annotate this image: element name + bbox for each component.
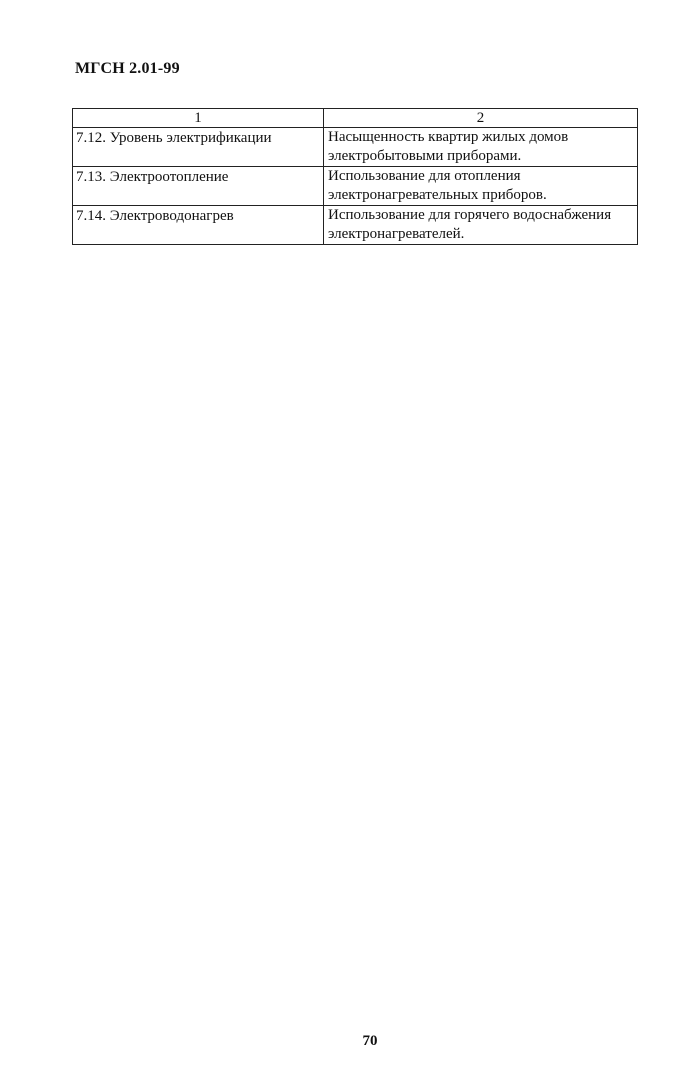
- term-cell: 7.12. Уровень электрификации: [73, 128, 324, 167]
- table-row: 7.14. Электроводонагрев Использование дл…: [73, 206, 638, 245]
- term-cell: 7.13. Электроотопление: [73, 167, 324, 206]
- term-cell: 7.14. Электроводонагрев: [73, 206, 324, 245]
- definition-cell: Использование для горячего водоснабжения…: [324, 206, 638, 245]
- definition-cell: Насыщенность квартир жилых домов электро…: [324, 128, 638, 167]
- table-row: 7.13. Электроотопление Использование для…: [73, 167, 638, 206]
- page-number: 70: [0, 1033, 700, 1050]
- document-code: МГСН 2.01-99: [75, 60, 180, 78]
- table-header-row: 1 2: [73, 109, 638, 128]
- column-header-1: 1: [73, 109, 324, 128]
- terms-table: 1 2 7.12. Уровень электрификации Насыщен…: [72, 108, 638, 245]
- definition-cell: Использование для отопления электронагре…: [324, 167, 638, 206]
- table-row: 7.12. Уровень электрификации Насыщенност…: [73, 128, 638, 167]
- column-header-2: 2: [324, 109, 638, 128]
